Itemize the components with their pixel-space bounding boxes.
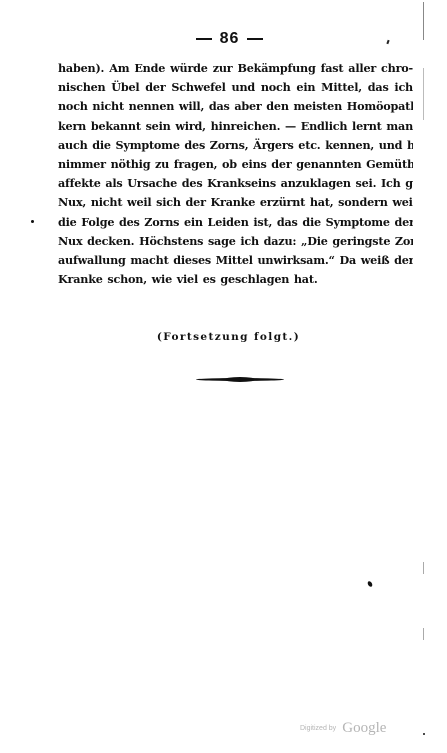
text-line: nimmer nöthig zu fragen, ob eins der gen… (58, 155, 413, 174)
ink-speck-right (367, 580, 373, 587)
digitized-watermark: Digitized by Google (300, 717, 386, 737)
ink-speck-left (31, 220, 34, 223)
text-line: Nux decken. Höchstens sage ich dazu: „Di… (58, 232, 413, 251)
dash-right (247, 38, 263, 40)
body-paragraph: haben). Am Ende würde zur Bekämpfung fas… (58, 59, 413, 289)
text-line: affekte als Ursache des Krankseins anzuk… (58, 174, 413, 193)
text-line: haben). Am Ende würde zur Bekämpfung fas… (58, 59, 413, 78)
page-edge-line-mid (423, 68, 424, 120)
text-line: aufwallung macht dieses Mittel unwirksam… (58, 251, 413, 270)
text-line: Nux, nicht weil sich der Kranke erzürnt … (58, 193, 413, 212)
text-line: auch die Symptome des Zorns, Ärgers etc.… (58, 136, 413, 155)
continuation-note: (Fortsetzung folgt.) (0, 331, 447, 343)
ink-speck-bottom (423, 733, 425, 735)
watermark-prefix: Digitized by (300, 725, 336, 732)
dash-left (196, 38, 212, 40)
text-line: kern bekannt sein wird, hinreichen. — En… (58, 117, 413, 136)
text-line: Kranke schon, wie viel es geschlagen hat… (58, 270, 413, 289)
text-line: nischen Übel der Schwefel und noch ein M… (58, 78, 413, 97)
page-edge-line-top (423, 2, 424, 40)
page-edge-line-lower-2 (423, 628, 424, 640)
text-line: die Folge des Zorns ein Leiden ist, das … (58, 213, 413, 232)
watermark-brand: Google (342, 720, 386, 736)
text-line: noch nicht nennen will, das aber den mei… (58, 97, 413, 116)
page-edge-line-lower-1 (423, 562, 424, 574)
section-divider-rule (196, 378, 284, 381)
page-number-header: 86 (0, 30, 447, 48)
page-number: 86 (220, 30, 240, 47)
